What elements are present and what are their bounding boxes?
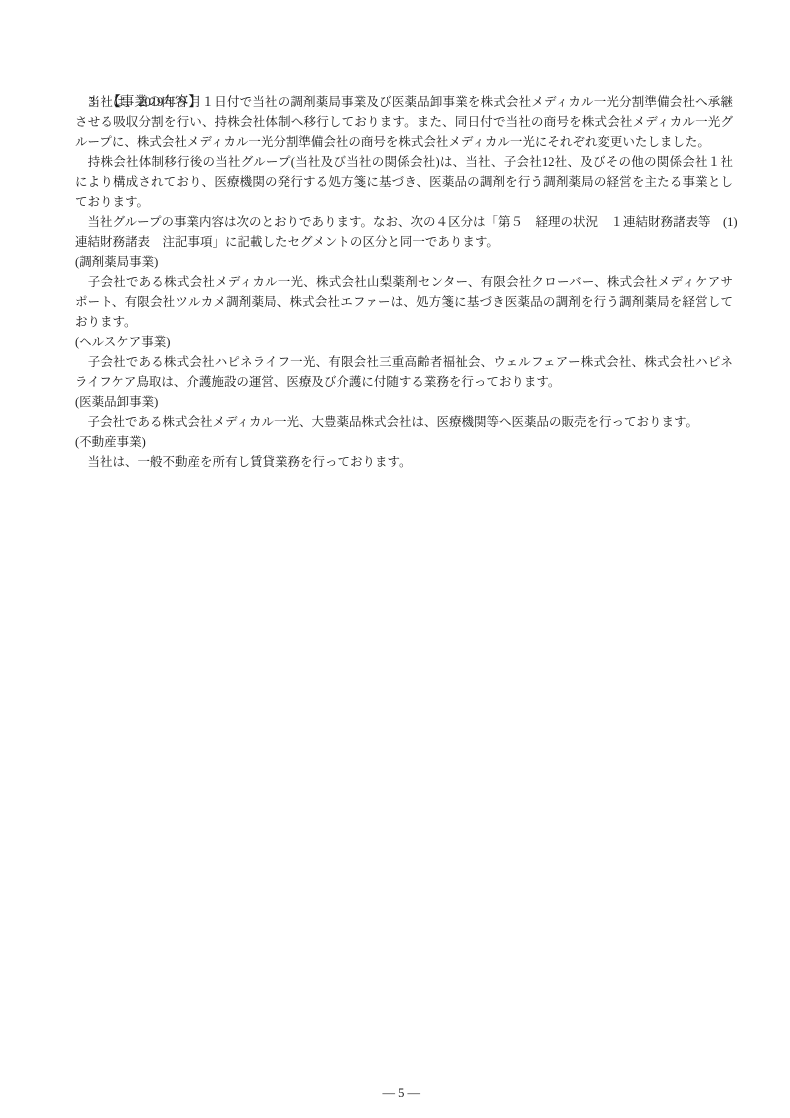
text-line: おります。 [75,312,733,332]
document-page: 3【事業の内容】 当社は、2019年９月１日付で当社の調剤薬局事業及び医薬品卸事… [0,0,790,1118]
text-line: 当社は、一般不動産を所有し賃貸業務を行っております。 [75,452,733,472]
text-line: 当社は、2019年９月１日付で当社の調剤薬局事業及び医薬品卸事業を株式会社メディ… [75,92,733,112]
page-number: — 5 — [383,1086,421,1100]
page-footer: — 5 — [0,1063,790,1083]
text-line: 持株会社体制移行後の当社グループ(当社及び当社の関係会社)は、当社、子会社12社… [75,152,733,172]
segment-label: (医薬品卸事業) [75,392,733,412]
text-line: 子会社である株式会社メディカル一光、大豊薬品株式会社は、医療機関等へ医薬品の販売… [75,412,733,432]
text-line: ライフケア鳥取は、介護施設の運営、医療及び介護に付随する業務を行っております。 [75,372,733,392]
text-line: ポート、有限会社ツルカメ調剤薬局、株式会社エファーは、処方箋に基づき医薬品の調剤… [75,292,733,312]
text-line: ております。 [75,192,733,212]
text-line: 子会社である株式会社メディカル一光、株式会社山梨薬剤センター、有限会社クローバー… [75,272,733,292]
text-line: させる吸収分割を行い、持株会社体制へ移行しております。また、同日付で当社の商号を… [75,112,733,132]
segment-label: (調剤薬局事業) [75,252,733,272]
text-line: 連結財務諸表 注記事項」に記載したセグメントの区分と同一であります。 [75,232,733,252]
text-line: 当社グループの事業内容は次のとおりであります。なお、次の４区分は「第５ 経理の状… [75,212,733,232]
text-line: により構成されており、医療機関の発行する処方箋に基づき、医薬品の調剤を行う調剤薬… [75,172,733,192]
text-line: 子会社である株式会社ハピネライフ一光、有限会社三重高齢者福祉会、ウェルフェアー株… [75,352,733,372]
text-line: ループに、株式会社メディカル一光分割準備会社の商号を株式会社メディカル一光にそれ… [75,132,733,152]
segment-label: (不動産事業) [75,432,733,452]
section-heading: 3【事業の内容】 [75,72,202,92]
section-body: 当社は、2019年９月１日付で当社の調剤薬局事業及び医薬品卸事業を株式会社メディ… [75,92,733,472]
segment-label: (ヘルスケア事業) [75,332,733,352]
